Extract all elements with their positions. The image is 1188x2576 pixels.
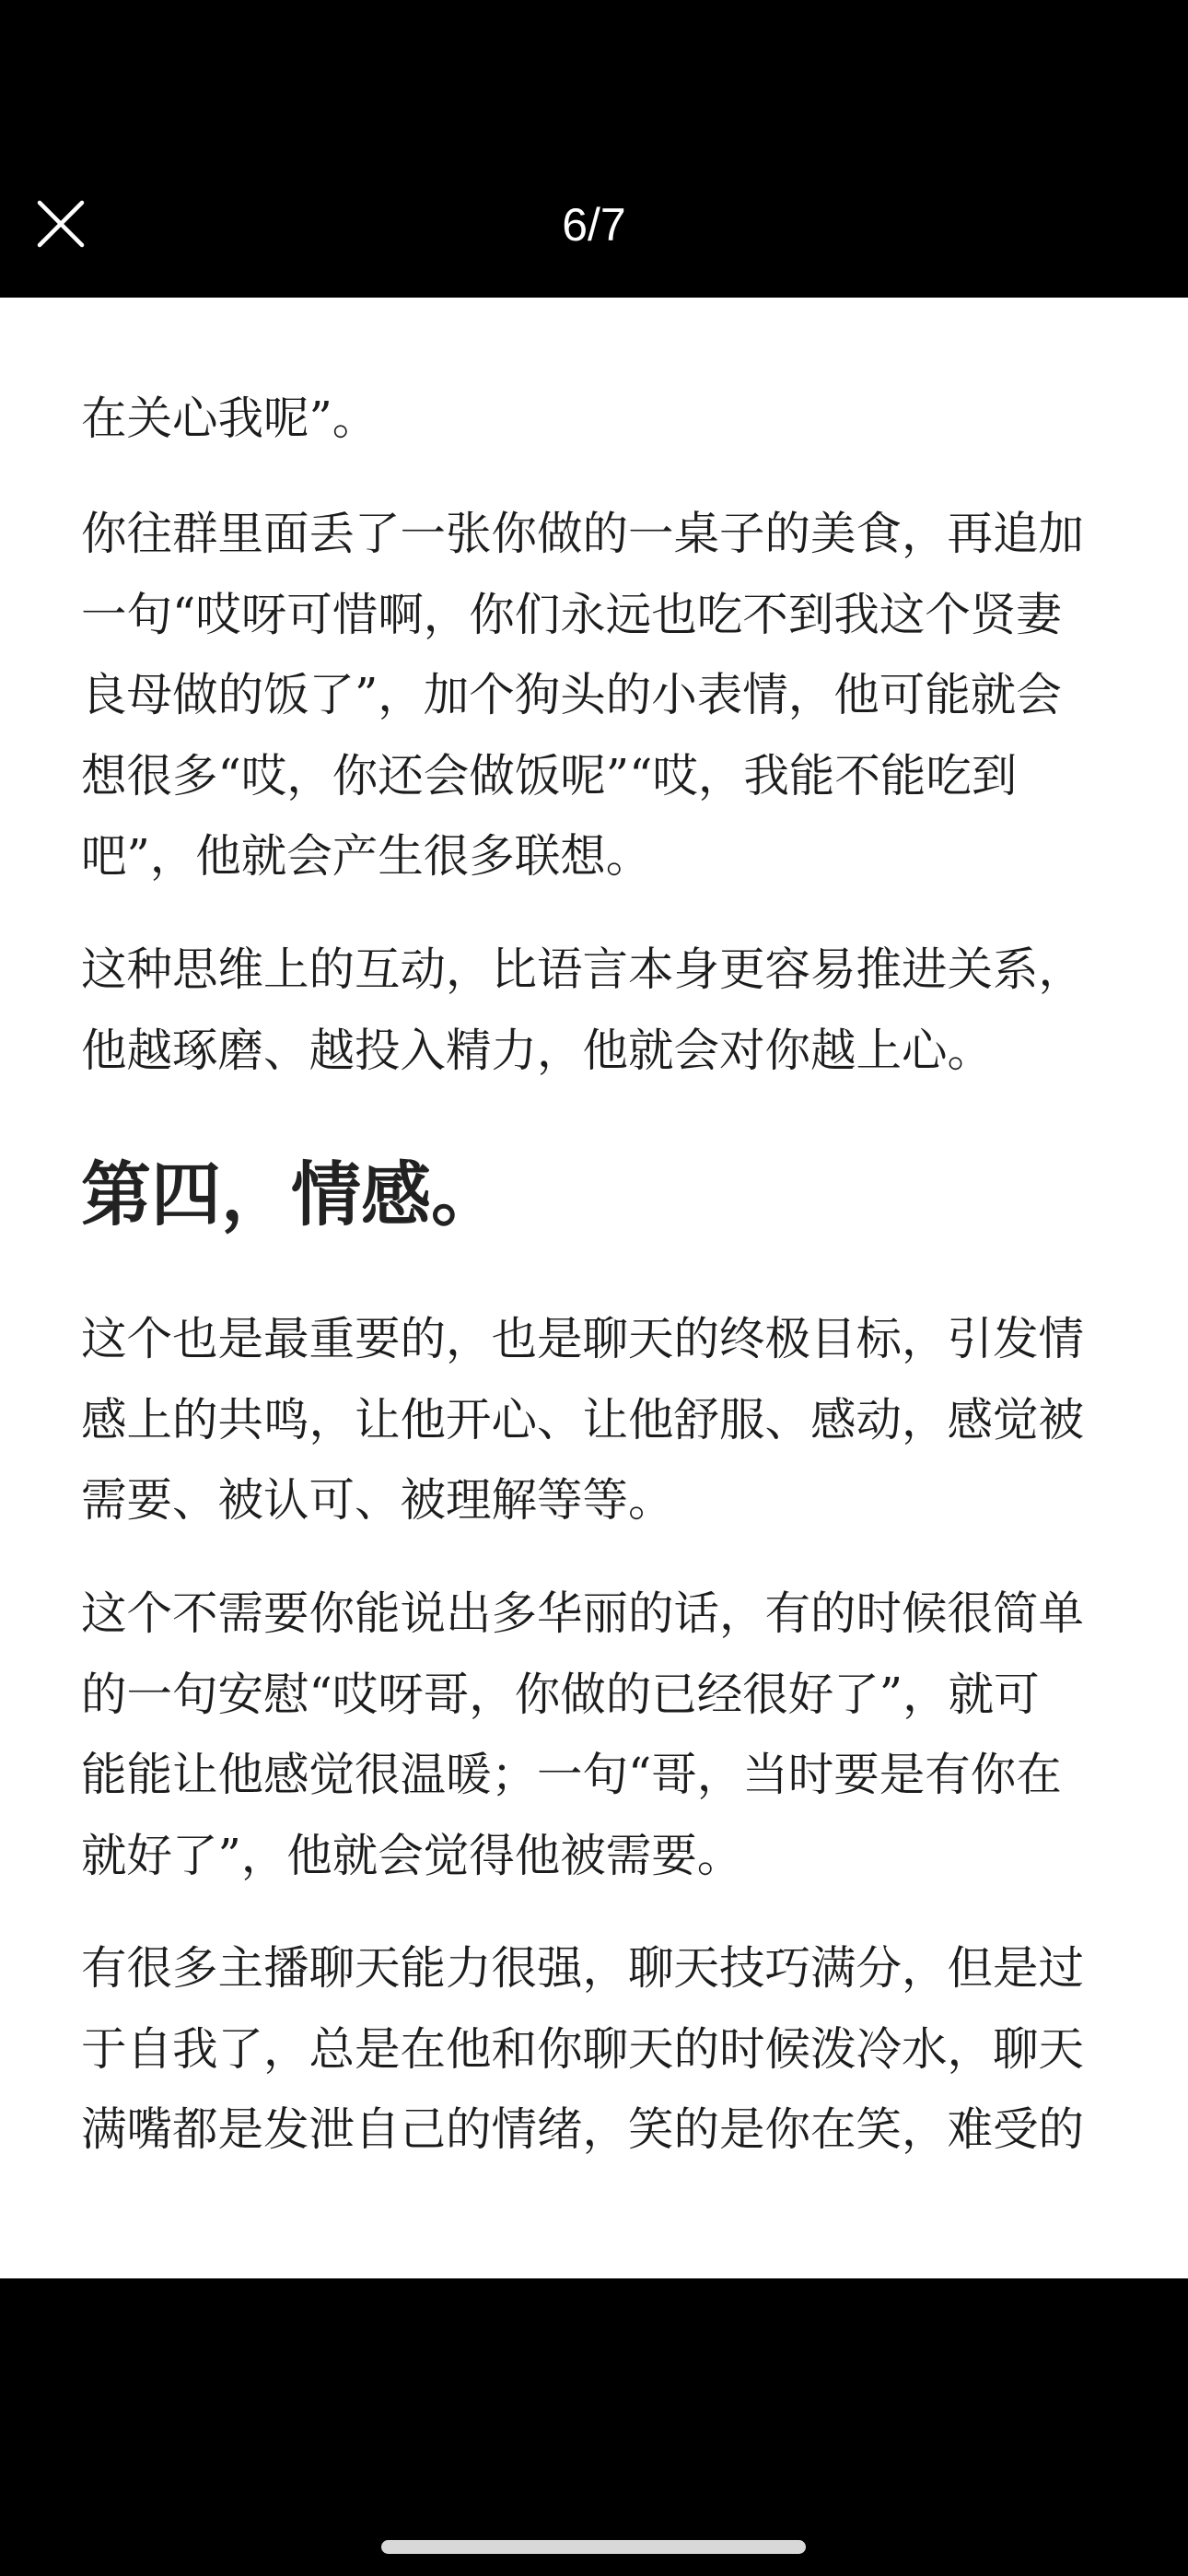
section-heading: 第四，情感。	[81, 1149, 1103, 1241]
text-line: 于自我了，总是在他和你聊天的时候泼冷水，聊天	[81, 2009, 1103, 2090]
text-line: 一句“哎呀可惜啊，你们永远也吃不到我这个贤妻	[81, 575, 1103, 656]
bottom-bar	[0, 2278, 1188, 2576]
paragraph: 在关心我呢”。	[81, 379, 1103, 460]
text-line: 在关心我呢”。	[81, 379, 1103, 460]
text-line: 吧”，他就会产生很多联想。	[81, 816, 1103, 897]
text-line: 的一句安慰“哎呀哥，你做的已经很好了”，就可	[81, 1655, 1103, 1736]
article-page[interactable]: 在关心我呢”。 你往群里面丢了一张你做的一桌子的美食，再追加 一句“哎呀可惜啊，…	[0, 298, 1188, 2278]
text-line: 有很多主播聊天能力很强，聊天技巧满分，但是过	[81, 1928, 1103, 2009]
text-line: 想很多“哎，你还会做饭呢”“哎，我能不能吃到	[81, 736, 1103, 817]
home-indicator[interactable]	[381, 2540, 806, 2554]
paragraph: 有很多主播聊天能力很强，聊天技巧满分，但是过 于自我了，总是在他和你聊天的时候泼…	[81, 1928, 1103, 2171]
text-line: 满嘴都是发泄自己的情绪，笑的是你在笑，难受的	[81, 2090, 1103, 2171]
paragraph: 这个也是最重要的，也是聊天的终极目标，引发情 感上的共鸣，让他开心、让他舒服、感…	[81, 1299, 1103, 1541]
page-counter: 6/7	[0, 195, 1188, 254]
text-line: 就好了”，他就会觉得他被需要。	[81, 1816, 1103, 1897]
text-line: 这种思维上的互动，比语言本身更容易推进关系，	[81, 930, 1103, 1011]
text-line: 他越琢磨、越投入精力，他就会对你越上心。	[81, 1011, 1103, 1092]
text-line: 能能让他感觉很温暖；一句“哥，当时要是有你在	[81, 1735, 1103, 1816]
text-line: 这个不需要你能说出多华丽的话，有的时候很简单	[81, 1574, 1103, 1655]
text-line: 这个也是最重要的，也是聊天的终极目标，引发情	[81, 1299, 1103, 1380]
paragraph: 这种思维上的互动，比语言本身更容易推进关系， 他越琢磨、越投入精力，他就会对你越…	[81, 930, 1103, 1091]
text-line: 良母做的饭了”，加个狗头的小表情，他可能就会	[81, 655, 1103, 736]
text-line: 你往群里面丢了一张你做的一桌子的美食，再追加	[81, 494, 1103, 575]
text-line: 需要、被认可、被理解等等。	[81, 1460, 1103, 1541]
paragraph: 这个不需要你能说出多华丽的话，有的时候很简单 的一句安慰“哎呀哥，你做的已经很好…	[81, 1574, 1103, 1896]
viewer-header: 6/7	[0, 0, 1188, 298]
paragraph: 你往群里面丢了一张你做的一桌子的美食，再追加 一句“哎呀可惜啊，你们永远也吃不到…	[81, 494, 1103, 897]
text-line: 感上的共鸣，让他开心、让他舒服、感动，感觉被	[81, 1380, 1103, 1461]
